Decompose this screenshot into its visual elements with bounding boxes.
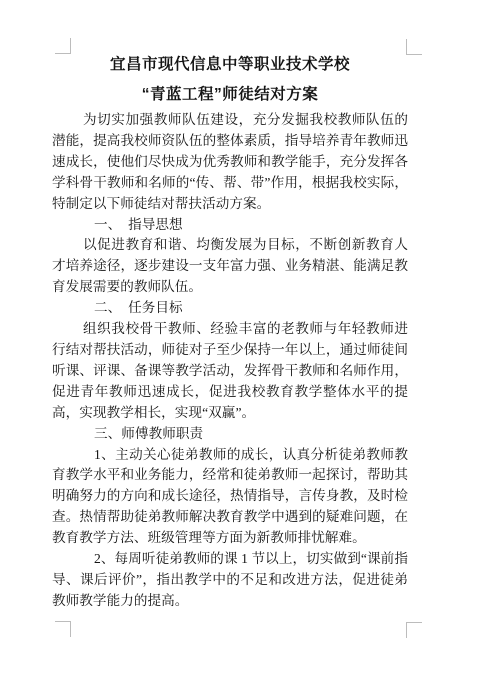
document-subtitle: “青蓝工程”师徒结对方案 <box>52 80 408 110</box>
margin-crop-mark-top-right <box>406 39 422 55</box>
document-body: 宜昌市现代信息中等职业技术学校 “青蓝工程”师徒结对方案 为切实加强教师队伍建设… <box>52 50 408 612</box>
paragraph: 2、每周听徒弟教师的课 1 节以上，切实做到“课前指导、课后评价”，指出教学中的… <box>52 549 408 612</box>
section-heading: 一、 指导思想 <box>52 215 408 236</box>
paragraph: 1、主动关心徒弟教师的成长，认真分析徒弟教师教育教学水平和业务能力，经常和徒弟教… <box>52 445 408 550</box>
document-title: 宜昌市现代信息中等职业技术学校 <box>52 50 408 80</box>
paragraph: 以促进教育和谐、均衡发展为目标，不断创新教育人才培养途径，逐步建设一支年富力强、… <box>52 235 408 298</box>
paragraph-container: 为切实加强教师队伍建设，充分发掘我校教师队伍的潜能，提高我校师资队伍的整体素质，… <box>52 110 408 612</box>
paragraph: 为切实加强教师队伍建设，充分发掘我校教师队伍的潜能，提高我校师资队伍的整体素质，… <box>52 110 408 215</box>
section-heading: 二、 任务目标 <box>52 298 408 319</box>
section-heading: 三、师傅教师职责 <box>52 424 408 445</box>
paragraph: 组织我校骨干教师、经验丰富的老教师与年轻教师进行结对帮扶活动，师徒对子至少保持一… <box>52 319 408 424</box>
document-page: 宜昌市现代信息中等职业技术学校 “青蓝工程”师徒结对方案 为切实加强教师队伍建设… <box>0 0 478 676</box>
margin-crop-mark-bottom-right <box>406 622 422 638</box>
margin-crop-mark-bottom-left <box>55 621 71 637</box>
